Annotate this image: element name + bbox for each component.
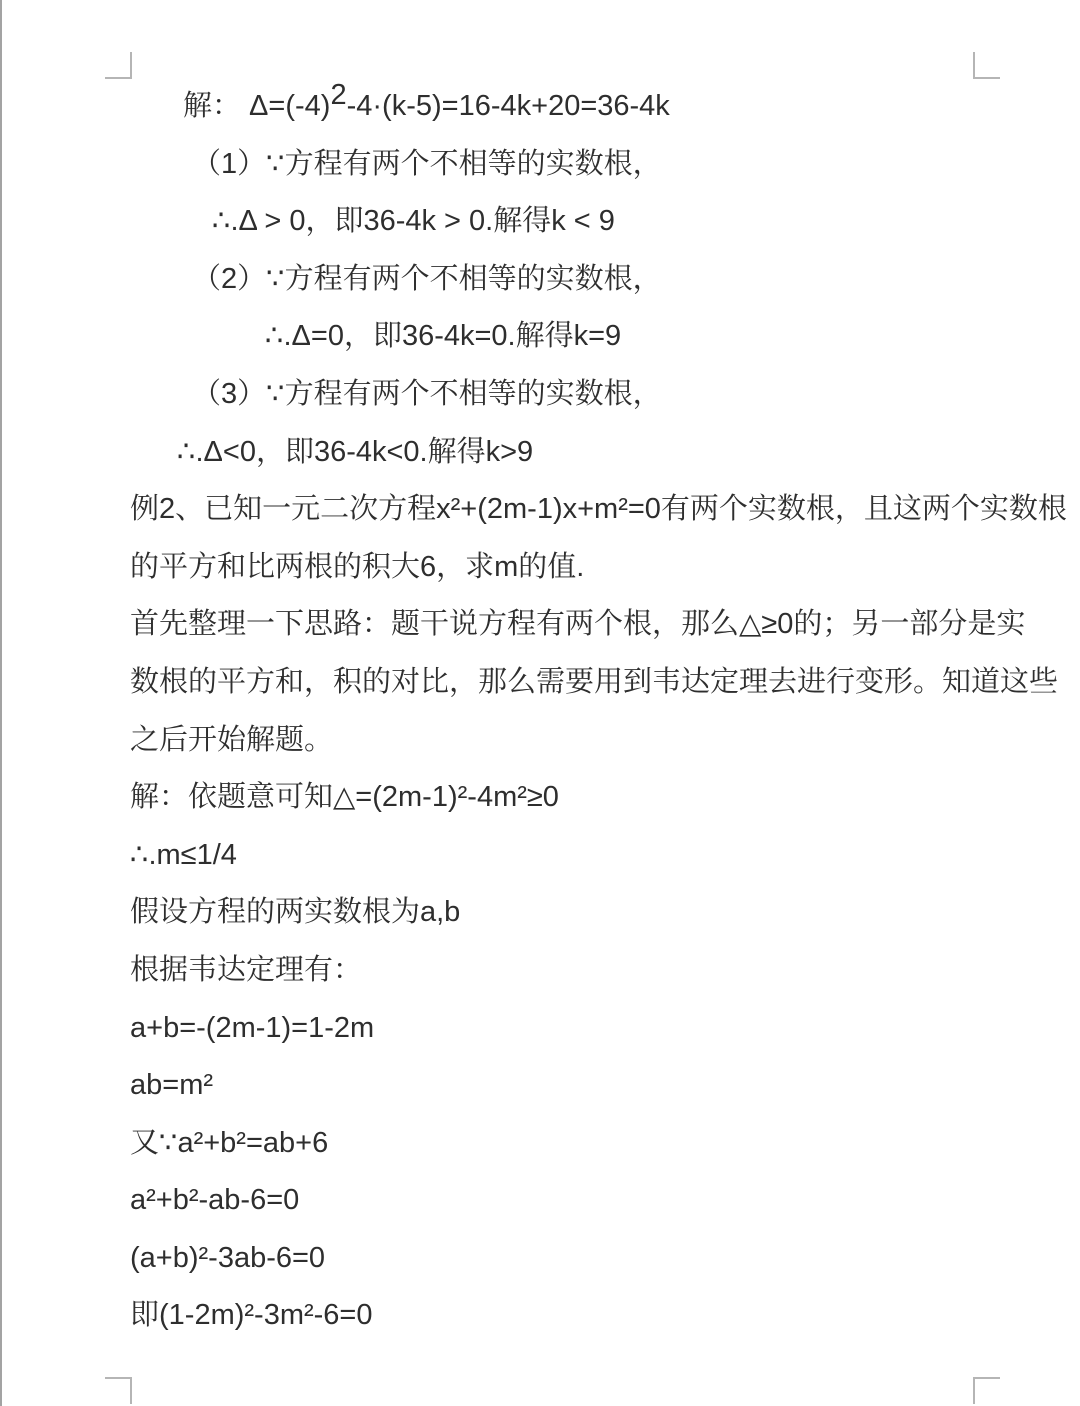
solution2-assume-roots: 假设方程的两实数根为a,b xyxy=(130,884,975,942)
example2-analysis-line3: 之后开始解题。 xyxy=(130,712,975,770)
case1-conclusion: ∴.Δ > 0，即36-4k > 0.解得k < 9 xyxy=(130,193,975,251)
solution1-heading-exponent: 2 xyxy=(330,79,346,111)
case2-premise: （2）∵方程有两个不相等的实数根， xyxy=(130,251,975,309)
document-page: 解： Δ=(-4)2-4·(k-5)=16-4k+20=36-4k （1）∵方程… xyxy=(0,0,1080,1406)
document-body: 解： Δ=(-4)2-4·(k-5)=16-4k+20=36-4k （1）∵方程… xyxy=(130,78,975,1345)
solution2-rearranged2: (a+b)²-3ab-6=0 xyxy=(130,1230,975,1288)
solution2-vieta-product: ab=m² xyxy=(130,1057,975,1115)
solution2-rearranged1: a²+b²-ab-6=0 xyxy=(130,1172,975,1230)
example2-analysis-line1: 首先整理一下思路：题干说方程有两个根，那么△≥0的；另一部分是实 xyxy=(130,596,975,654)
example2-analysis-line2: 数根的平方和，积的对比，那么需要用到韦达定理去进行变形。知道这些 xyxy=(130,654,975,712)
case1-premise: （1）∵方程有两个不相等的实数根， xyxy=(130,136,975,194)
margin-mark-top-left xyxy=(105,52,132,79)
solution2-m-range: ∴.m≤1/4 xyxy=(130,827,975,885)
solution1-heading: 解： Δ=(-4)2-4·(k-5)=16-4k+20=36-4k xyxy=(130,78,975,136)
case3-conclusion: ∴.Δ<0，即36-4k<0.解得k>9 xyxy=(130,424,975,482)
solution2-substituted: 即(1-2m)²-3m²-6=0 xyxy=(130,1287,975,1345)
example2-problem-line1: 例2、已知一元二次方程x²+(2m-1)x+m²=0有两个实数根，且这两个实数根 xyxy=(130,481,975,539)
solution2-vieta-intro: 根据韦达定理有： xyxy=(130,942,975,1000)
solution2-vieta-sum: a+b=-(2m-1)=1-2m xyxy=(130,1000,975,1058)
screen-left-edge-line xyxy=(0,0,2,1406)
case2-conclusion: ∴.Δ=0，即36-4k=0.解得k=9 xyxy=(130,308,975,366)
case3-premise: （3）∵方程有两个不相等的实数根， xyxy=(130,366,975,424)
margin-mark-top-right xyxy=(973,52,1000,79)
solution2-given-relation: 又∵a²+b²=ab+6 xyxy=(130,1115,975,1173)
solution2-discriminant: 解：依题意可知△=(2m-1)²-4m²≥0 xyxy=(130,769,975,827)
solution1-heading-prefix: 解： Δ=(-4) xyxy=(183,90,330,122)
margin-mark-bottom-right xyxy=(973,1377,1000,1404)
example2-problem-line2: 的平方和比两根的积大6，求m的值. xyxy=(130,539,975,597)
solution1-heading-suffix: -4·(k-5)=16-4k+20=36-4k xyxy=(347,90,670,122)
margin-mark-bottom-left xyxy=(105,1377,132,1404)
